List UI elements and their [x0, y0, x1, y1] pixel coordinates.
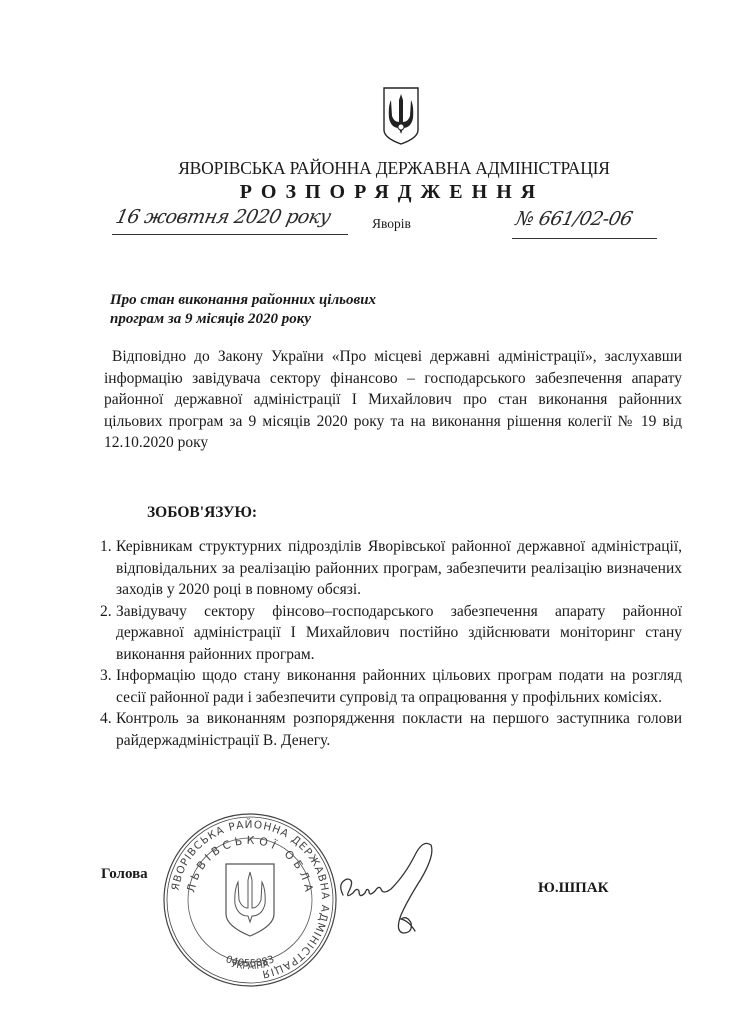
signatory-position: Голова	[101, 866, 148, 883]
order-text: Контроль за виконанням розпорядження пок…	[116, 710, 682, 749]
subject-line-2: програм за 9 місяців 2020 року	[110, 310, 376, 329]
order-item: 4.Контроль за виконанням розпорядження п…	[100, 708, 682, 751]
order-item: 3.Інформацію щодо стану виконання районн…	[100, 665, 682, 708]
order-number: 1.	[100, 536, 112, 558]
document-subject: Про стан виконання районних цільових про…	[110, 291, 376, 329]
handwritten-date: 16 жовтня 2020 року	[114, 206, 333, 228]
order-item: 1.Керівникам структурних підрозділів Яво…	[100, 536, 682, 601]
order-number: 2.	[100, 601, 112, 623]
document-type-title: РОЗПОРЯДЖЕННЯ	[20, 181, 744, 204]
order-item: 2.Завідувачу сектору фінсово–господарськ…	[100, 601, 682, 666]
obliging-heading: ЗОБОВ'ЯЗУЮ:	[147, 504, 257, 522]
coat-of-arms-icon	[382, 86, 420, 146]
signatory-name: Ю.ШПАК	[538, 880, 609, 897]
handwritten-document-number: № 661/02-06	[514, 208, 635, 230]
order-text: Інформацію щодо стану виконання районних…	[116, 667, 682, 706]
official-stamp: ЯВОРІВСЬКА РАЙОННА ДЕРЖАВНА АДМІНІСТРАЦІ…	[160, 810, 340, 990]
order-number: 4.	[100, 708, 112, 730]
handwritten-signature	[335, 835, 455, 945]
city: Яворів	[372, 216, 411, 232]
orders-list: 1.Керівникам структурних підрозділів Яво…	[100, 536, 682, 751]
preamble-paragraph: Відповідно до Закону України «Про місцев…	[104, 346, 682, 454]
order-number: 3.	[100, 665, 112, 687]
order-text: Керівникам структурних підрозділів Яворі…	[116, 538, 682, 598]
order-text: Завідувачу сектору фінсово–господарськог…	[116, 603, 682, 663]
organization-name: ЯВОРІВСЬКА РАЙОННА ДЕРЖАВНА АДМІНІСТРАЦІ…	[22, 158, 744, 179]
subject-line-1: Про стан виконання районних цільових	[110, 291, 376, 310]
